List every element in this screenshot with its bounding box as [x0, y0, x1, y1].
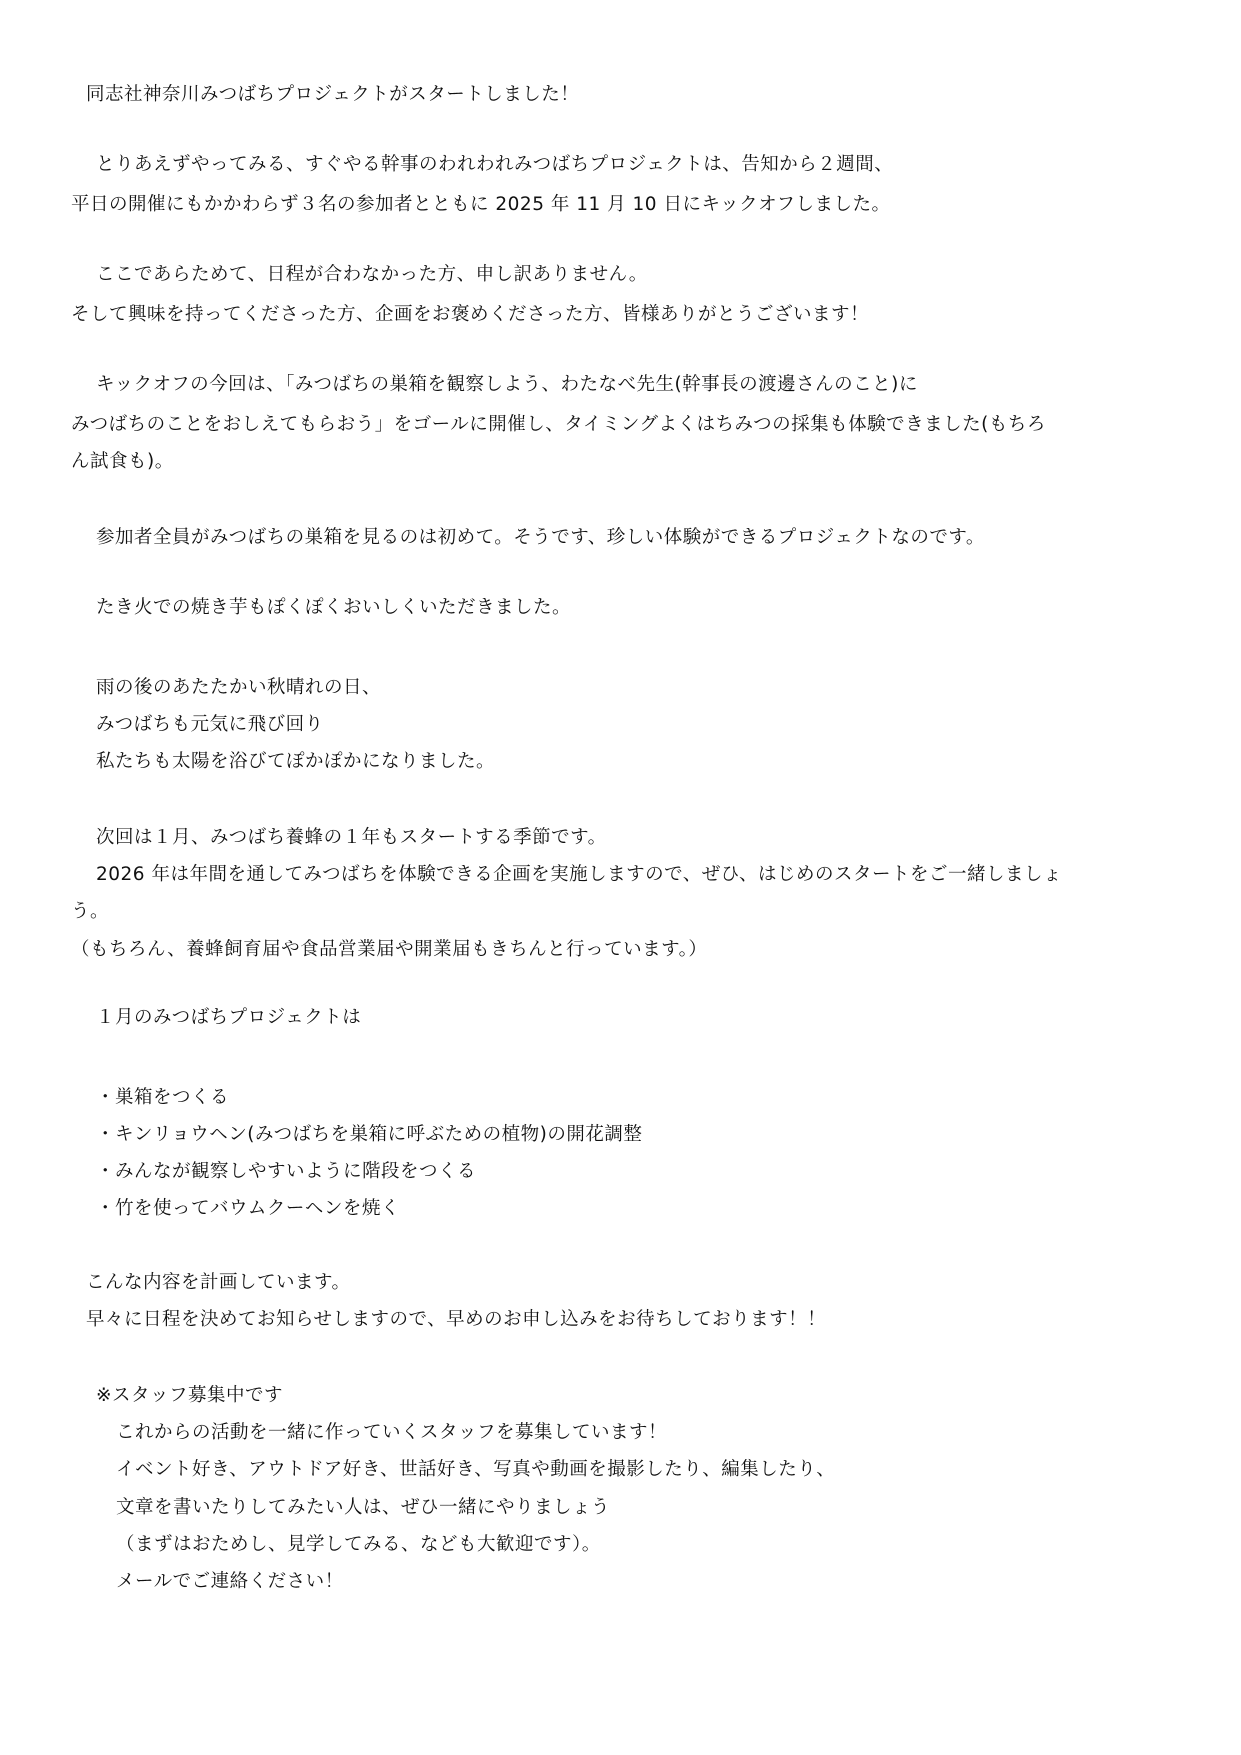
body-line: こんな内容を計画しています。 — [86, 1271, 351, 1295]
body-line: 早々に日程を決めてお知らせしますので、早めのお申し込みをお待ちしております！！ — [86, 1308, 826, 1332]
section-heading: １月のみつばちプロジェクトは — [96, 1006, 361, 1030]
body-line: （もちろん、養蜂飼育届や食品営業届や開業届もきちんと行っています。） — [71, 938, 707, 962]
list-item: ・竹を使ってバウムクーヘンを焼く — [96, 1197, 400, 1221]
staff-line: これからの活動を一緒に作っていくスタッフを募集しています！ — [116, 1421, 667, 1445]
body-line: ん試食も)。 — [71, 450, 174, 474]
list-item: ・巣箱をつくる — [96, 1086, 229, 1110]
body-line: 参加者全員がみつばちの巣箱を見るのは初めて。そうです、珍しい体験ができるプロジェ… — [96, 526, 985, 550]
body-line: 平日の開催にもかかわらず３名の参加者とともに 2025 年 11 月 10 日に… — [71, 193, 891, 217]
staff-line: 文章を書いたりしてみたい人は、ぜひ一緒にやりましょう — [116, 1496, 610, 1520]
body-line: みつばちも元気に飛び回り — [96, 713, 324, 737]
body-line: たき火での焼き芋もぽくぽくおいしくいただきました。 — [96, 596, 571, 620]
body-line: そして興味を持ってくださった方、企画をお褒めくださった方、皆様ありがとうございま… — [71, 303, 869, 327]
staff-line: （まずはおためし、見学してみる、なども大歓迎です）。 — [116, 1533, 601, 1557]
staff-line: メールでご連絡ください！ — [116, 1570, 344, 1594]
body-line: みつばちのことをおしえてもらおう」をゴールに開催し、タイミングよくはちみつの採集… — [71, 413, 1046, 437]
staff-heading: ※スタッフ募集中です — [96, 1384, 283, 1408]
body-line: 私たちも太陽を浴びてぽかぽかになりました。 — [96, 750, 495, 774]
document-page: 同志社神奈川みつばちプロジェクトがスタートしました！ とりあえずやってみる、すぐ… — [0, 0, 1241, 1755]
body-line: キックオフの今回は、「みつばちの巣箱を観察しよう、わたなべ先生(幹事長の渡邊さん… — [96, 373, 918, 397]
list-item: ・キンリョウヘン(みつばちを巣箱に呼ぶための植物)の開花調整 — [96, 1123, 642, 1147]
body-line: 次回は１月、みつばち養蜂の１年もスタートする季節です。 — [96, 826, 607, 850]
staff-line: イベント好き、アウトドア好き、世話好き、写真や動画を撮影したり、編集したり、 — [116, 1458, 835, 1482]
body-line: 2026 年は年間を通してみつばちを体験できる企画を実施しますので、ぜひ、はじめ… — [96, 863, 1062, 887]
title-line: 同志社神奈川みつばちプロジェクトがスタートしました！ — [86, 83, 579, 107]
body-line: ここであらためて、日程が合わなかった方、申し訳ありません。 — [96, 263, 648, 287]
body-line: とりあえずやってみる、すぐやる幹事のわれわれみつばちプロジェクトは、告知から２週… — [96, 153, 893, 177]
body-line: 雨の後のあたたかい秋晴れの日、 — [96, 676, 381, 700]
list-item: ・みんなが観察しやすいように階段をつくる — [96, 1160, 476, 1184]
body-line: う。 — [71, 900, 109, 924]
